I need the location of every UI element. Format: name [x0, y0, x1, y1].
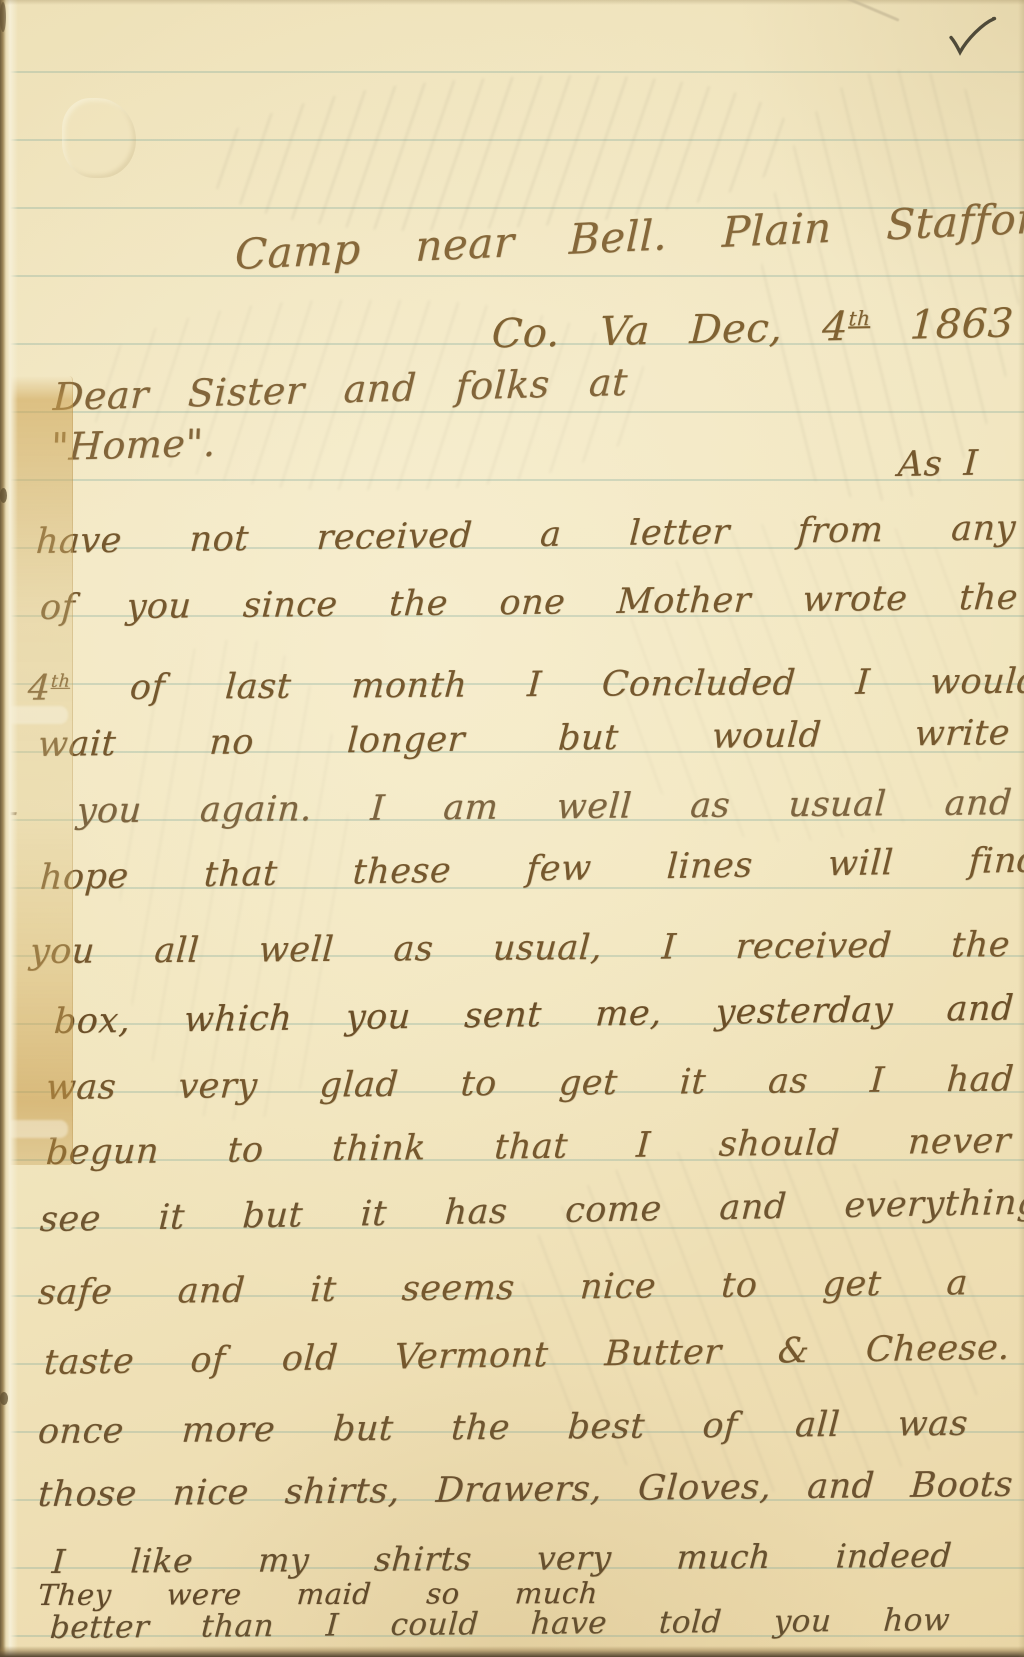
- paper-edge-left: [0, 0, 18, 1657]
- body-line-3: 4th of last month I Concluded I would: [26, 651, 1024, 713]
- body-line-12: safe and it seems nice to get a: [37, 1259, 970, 1317]
- salutation-line: Dear Sister and folks at "Home".: [50, 357, 629, 472]
- paper-edge-nick: [0, 1392, 8, 1405]
- letter-page: Camp near Bell. Plain Stafford Co. Va De…: [0, 0, 1024, 1657]
- body-line-14: once more but the best of all was: [37, 1400, 970, 1456]
- heading-line-date: Co. Va Dec, 4th 1863: [490, 288, 1015, 361]
- checkmark-icon: [942, 10, 1002, 68]
- date-year: 1863: [869, 300, 1015, 349]
- embossed-seal: [62, 98, 136, 178]
- body-line-7: you all well as usual, I received the: [28, 921, 1011, 976]
- body-line-5: - you again. I am well as usual and: [5, 779, 1014, 836]
- paper-edge-nick: [0, 2, 6, 32]
- body-line-2: of you since the one Mother wrote the: [39, 574, 1020, 632]
- body-line-3-rest: of last month I Concluded I would: [69, 662, 1024, 709]
- paper-edge-top: [0, 0, 1024, 5]
- opening-word: As I: [897, 440, 980, 489]
- body-line-9: was very glad to get it as I had: [45, 1056, 1016, 1112]
- body-line-15: those nice shirts, Drawers, Gloves, and …: [37, 1461, 1015, 1519]
- paper-edge-bottom: [0, 1646, 1024, 1657]
- date-text: Co. Va Dec, 4: [491, 304, 850, 358]
- paper-edge-nick: [0, 488, 7, 503]
- date-ordinal: th: [848, 306, 871, 330]
- body-line-18: better than I could have told you how: [49, 1599, 952, 1649]
- paper-edge-right: [1018, 0, 1024, 1657]
